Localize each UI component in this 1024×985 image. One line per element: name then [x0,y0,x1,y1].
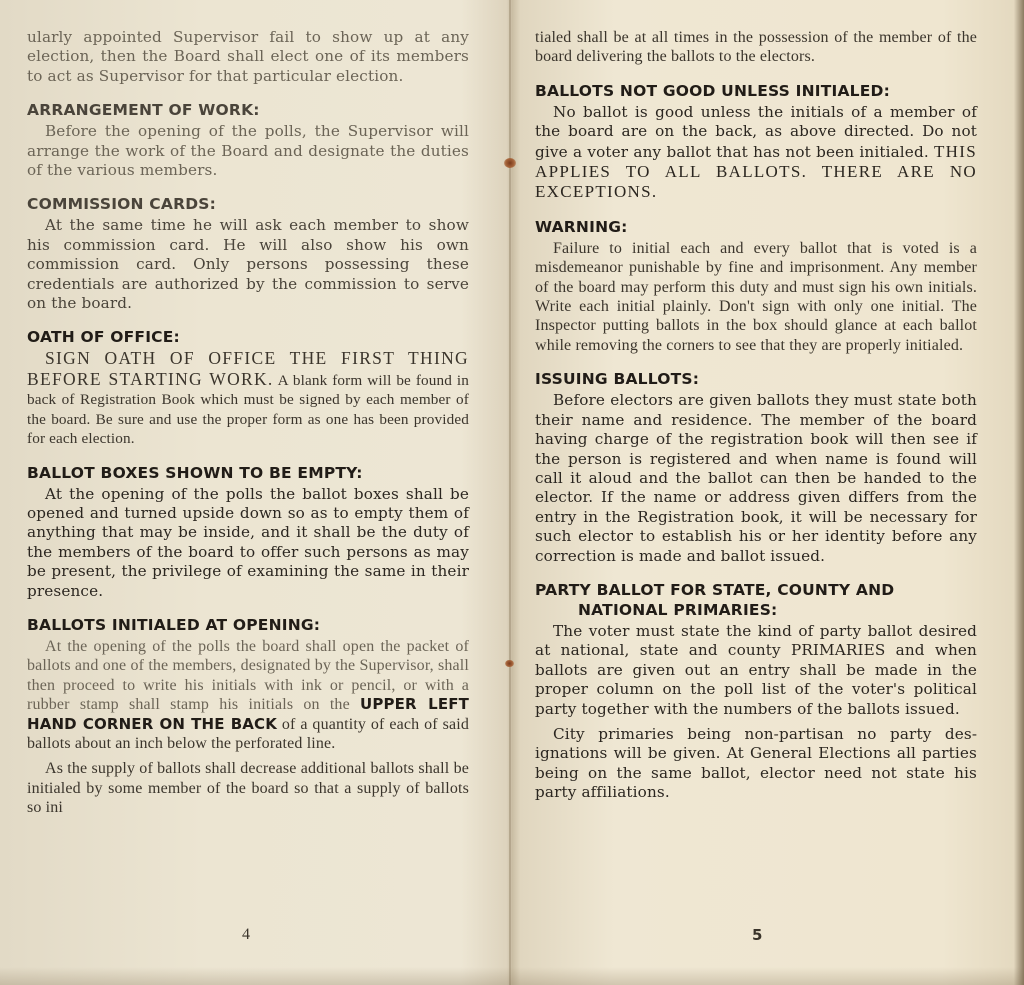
rust-stain [505,660,514,667]
section-heading: BALLOTS NOT GOOD UNLESS INITIALED: [535,81,977,101]
book-gutter [509,0,511,985]
section-heading: OATH OF OFFICE: [27,327,469,347]
page-number: 5 [752,926,762,944]
continuation-text: ularly appointed Supervisor fail to show… [27,28,469,86]
section-oath-of-office: OATH OF OFFICE: SIGN OATH OF OFFICE THE … [27,327,469,448]
continuation-paragraph: tialed shall be at all times in the poss… [535,28,977,67]
section-paragraph: SIGN OATH OF OFFICE THE FIRST THING BEFO… [27,349,469,448]
section-paragraph: Before electors are given ballots they m… [535,391,977,566]
section-paragraph: As the supply of ballots shall decrease … [27,759,469,817]
section-warning: WARNING: Failure to initial each and eve… [535,217,977,355]
section-party-ballot: PARTY BALLOT FOR STATE, COUNTY ANDNATION… [535,580,977,803]
section-paragraph: At the same time he will ask each member… [27,216,469,313]
section-ballots-initialed-at-opening: BALLOTS INITIALED AT OPENING: At the ope… [27,615,469,818]
booklet-spread: ularly appointed Supervisor fail to show… [0,0,1024,985]
section-heading: ISSUING BALLOTS: [535,369,977,389]
section-paragraph: City primaries being non-partisan no par… [535,725,977,803]
rust-stain [504,158,516,168]
section-heading: ARRANGEMENT OF WORK: [27,100,469,120]
section-paragraph: At the opening of the polls the board sh… [27,637,469,753]
paragraph-text: No ballot is good unless the initials of… [535,103,977,161]
heading-line: NATIONAL PRIMARIES: [535,600,977,620]
section-heading: BALLOTS INITIALED AT OPENING: [27,615,469,635]
section-commission-cards: COMMISSION CARDS: At the same time he wi… [27,194,469,313]
section-issuing-ballots: ISSUING BALLOTS: Before electors are giv… [535,369,977,566]
section-arrangement-of-work: ARRANGEMENT OF WORK: Before the opening … [27,100,469,180]
section-paragraph: No ballot is good unless the initials of… [535,103,977,203]
section-heading: BALLOT BOXES SHOWN TO BE EMPTY: [27,463,469,483]
section-paragraph: Failure to initial each and every ballot… [535,239,977,355]
section-heading: COMMISSION CARDS: [27,194,469,214]
section-ballots-not-good: BALLOTS NOT GOOD UNLESS INITIALED: No ba… [535,81,977,203]
continuation-text: tialed shall be at all times in the poss… [535,28,977,67]
section-ballot-boxes-empty: BALLOT BOXES SHOWN TO BE EMPTY: At the o… [27,463,469,601]
continuation-paragraph: ularly appointed Supervisor fail to show… [27,28,469,86]
section-heading: WARNING: [535,217,977,237]
section-paragraph: At the opening of the polls the ballot b… [27,485,469,601]
section-heading: PARTY BALLOT FOR STATE, COUNTY ANDNATION… [535,580,977,620]
left-page: ularly appointed Supervisor fail to show… [27,28,469,832]
section-paragraph: Before the opening of the polls, the Sup… [27,122,469,180]
page-number: 4 [242,926,250,944]
right-page: tialed shall be at all times in the poss… [535,28,977,817]
section-paragraph: The voter must state the kind of party b… [535,622,977,719]
heading-line: PARTY BALLOT FOR STATE, COUNTY AND [535,581,894,599]
